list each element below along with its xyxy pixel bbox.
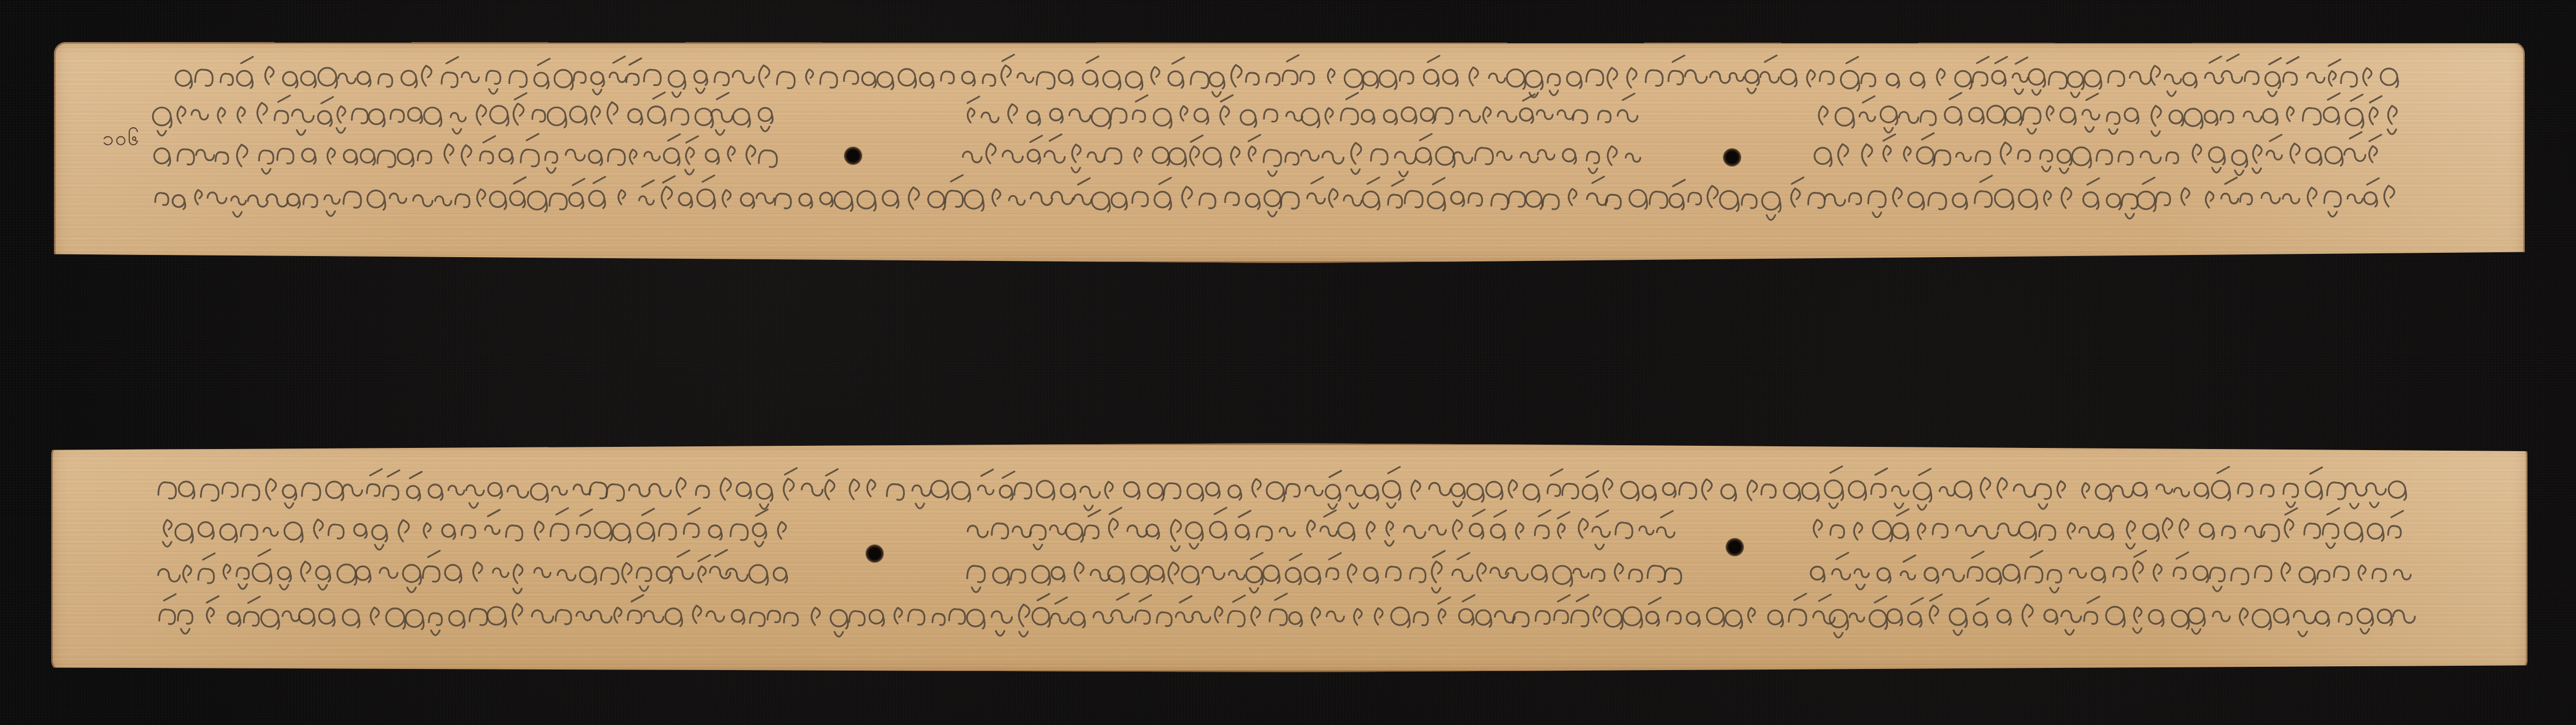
handwritten-script-strokes [0,0,2576,725]
